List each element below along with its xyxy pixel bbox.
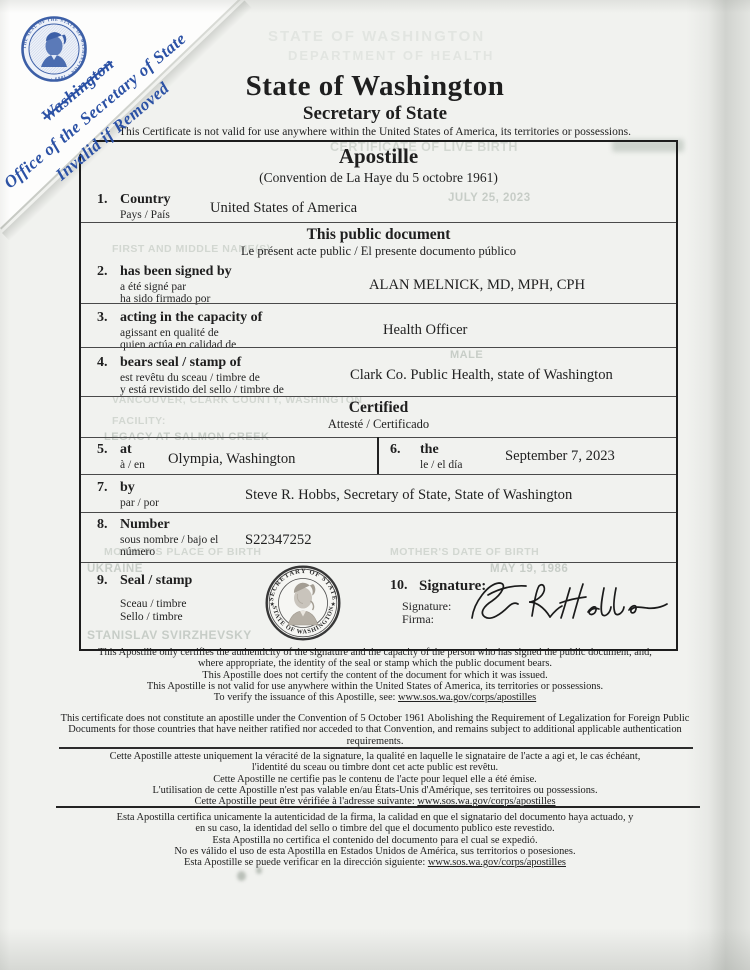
field-4-sublabel-fr: est revêtu du sceau / timbre de — [120, 372, 260, 384]
field-1-sublabel: Pays / País — [120, 209, 170, 221]
field-2-value-signer: ALAN MELNICK, MD, MPH, CPH — [369, 277, 585, 294]
field-5-label: at — [120, 442, 132, 458]
french-disclaimer: Cette Apostille atteste uniquement la vé… — [0, 751, 750, 807]
field-7-label: by — [120, 480, 135, 496]
paragraph-line: requirements. — [0, 736, 750, 747]
convention-line: (Convention de La Haye du 5 octobre 1961… — [81, 170, 676, 186]
disclaimer-line: Esta Apostilla certifica unicamente la a… — [0, 812, 750, 823]
field-4-label: bears seal / stamp of — [120, 355, 241, 371]
secretary-signature — [466, 576, 671, 628]
field-6-number: 6. — [390, 442, 401, 458]
field-6-sublabel: le / el día — [420, 459, 462, 471]
field-3-sublabel-es: quien actúa en calidad de — [120, 339, 236, 351]
disclaimer-line: This Apostille only certifies the authen… — [0, 647, 750, 658]
apostille-title: Apostille — [81, 144, 676, 169]
certified-subheading: Attesté / Certificado — [81, 417, 676, 432]
field-4-value-seal-of: Clark Co. Public Health, state of Washin… — [350, 367, 613, 384]
ghost-text: DEPARTMENT OF HEALTH — [288, 48, 494, 63]
svg-text:★: ★ — [331, 601, 336, 608]
field-9-sublabel-fr: Sceau / timbre — [120, 598, 186, 610]
footer-divider-1 — [59, 747, 693, 749]
disclaimer-line: This Apostille is not valid for use anyw… — [0, 681, 750, 692]
field-2-number: 2. — [97, 264, 108, 280]
disclaimer-line: where appropriate, the identity of the s… — [0, 658, 750, 669]
disclaimer-line: L'utilisation de cette Apostille n'est p… — [0, 785, 750, 796]
field-8-sublabel-es: número — [120, 546, 155, 558]
field-4-sublabel-es: y está revistido del sello / timbre de — [120, 384, 284, 396]
field-7-value-by: Steve R. Hobbs, Secretary of State, Stat… — [245, 487, 572, 504]
svg-text:★: ★ — [270, 601, 275, 608]
field-1-value-country: United States of America — [210, 200, 357, 217]
field-1-label: Country — [120, 192, 171, 208]
field-7-sublabel: par / por — [120, 497, 159, 509]
field-6-label: the — [420, 442, 439, 458]
field-9-sublabel-es: Sello / timbre — [120, 611, 183, 623]
disclaimer-line: Cette Apostille ne certifie pas le conte… — [0, 774, 750, 785]
row-5-6-divider — [377, 437, 379, 474]
public-document-subheading: Le présent acte public / El presente doc… — [81, 244, 676, 259]
field-5-sublabel: à / en — [120, 459, 145, 471]
verify-prefix: To verify the issuance of this Apostille… — [214, 692, 398, 703]
disclaimer-line: l'identité du sceau ou timbre dont cet a… — [0, 762, 750, 773]
scanned-apostille-document: STATE OF WASHINGTON DEPARTMENT OF HEALTH… — [0, 0, 750, 970]
disclaimer-verify-line: Esta Apostille se puede verificar en la … — [0, 857, 750, 868]
english-disclaimer: This Apostille only certifies the authen… — [0, 647, 750, 703]
field-8-number: 8. — [97, 517, 108, 533]
field-6-value-date: September 7, 2023 — [505, 448, 615, 465]
field-2-sublabel-fr: a été signé par — [120, 281, 186, 293]
field-4-number: 4. — [97, 355, 108, 371]
non-convention-paragraph: This certificate does not constitute an … — [0, 713, 750, 747]
field-8-value-number: S22347252 — [245, 532, 312, 549]
verify-prefix: Esta Apostille se puede verificar en la … — [184, 857, 428, 868]
field-5-number: 5. — [97, 442, 108, 458]
scan-shadow-bottom — [0, 928, 750, 970]
disclaimer-line: Esta Apostilla no certifica el contenido… — [0, 835, 750, 846]
disclaimer-line: Cette Apostille atteste uniquement la vé… — [0, 751, 750, 762]
field-7-number: 7. — [97, 480, 108, 496]
secretary-of-state-seal-icon: SECRETARY OF STATE STATE OF WASHINGTON ★… — [264, 564, 342, 642]
scan-speck — [237, 871, 246, 881]
apostille-box: Apostille (Convention de La Haye du 5 oc… — [79, 140, 678, 651]
field-8-sublabel-fr: sous nombre / bajo el — [120, 534, 218, 546]
field-10-number: 10. — [390, 578, 408, 594]
field-3-value-capacity: Health Officer — [383, 322, 467, 339]
field-3-label: acting in the capacity of — [120, 310, 262, 326]
disclaimer-line: en su caso, la identidad del sello o tim… — [0, 823, 750, 834]
field-3-sublabel-fr: agissant en qualité de — [120, 327, 219, 339]
field-9-label: Seal / stamp — [120, 573, 192, 589]
ghost-text: STATE OF WASHINGTON — [268, 28, 485, 45]
footer-divider-2 — [56, 806, 700, 808]
disclaimer-verify-line: To verify the issuance of this Apostille… — [0, 692, 750, 703]
disclaimer-line: No es válido el uso de esta Apostilla en… — [0, 846, 750, 857]
certified-heading: Certified — [81, 399, 676, 417]
public-document-heading: This public document — [81, 226, 676, 244]
paragraph-line: Documents for those countries that have … — [0, 724, 750, 735]
field-1-number: 1. — [97, 192, 108, 208]
disclaimer-line: This Apostille does not certify the cont… — [0, 670, 750, 681]
field-10-sublabel-es: Firma: — [402, 612, 434, 627]
spanish-disclaimer: Esta Apostilla certifica unicamente la a… — [0, 812, 750, 868]
field-8-label: Number — [120, 517, 170, 533]
field-3-number: 3. — [97, 310, 108, 326]
field-5-value-place: Olympia, Washington — [168, 451, 295, 468]
apostille-verify-link[interactable]: www.sos.wa.gov/corps/apostilles — [428, 857, 566, 868]
field-9-number: 9. — [97, 573, 108, 589]
field-2-label: has been signed by — [120, 264, 232, 280]
paragraph-line: This certificate does not constitute an … — [0, 713, 750, 724]
apostille-verify-link[interactable]: www.sos.wa.gov/corps/apostilles — [398, 692, 536, 703]
